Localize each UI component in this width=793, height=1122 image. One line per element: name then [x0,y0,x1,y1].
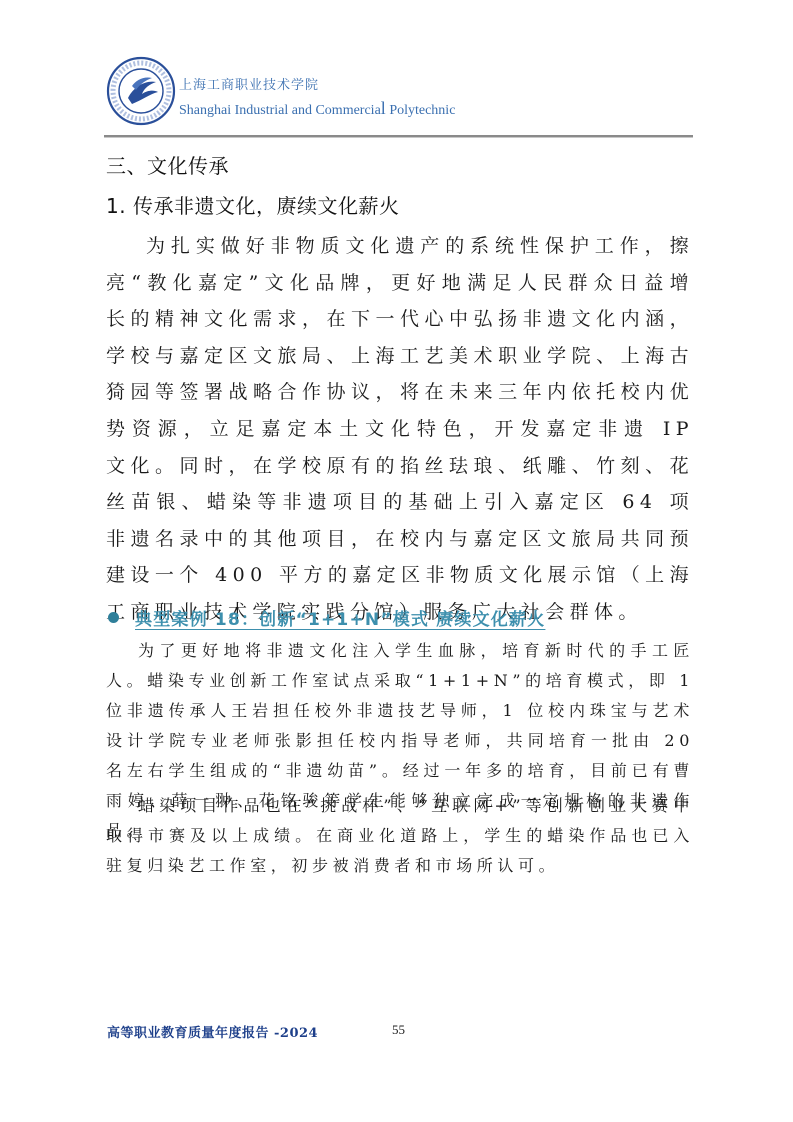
footer-report-title: 高等职业教育质量年度报告 -2024 [107,1022,318,1041]
case-study-heading: 典型案例 18：创新“1+1+N”模式 赓续文化薪火 [108,605,545,630]
school-seal-logo-icon [106,56,176,126]
page-header: 上海工商职业技术学院 Shanghai Industrial and Comme… [104,56,694,136]
page-number: 55 [392,1022,405,1038]
section-title: 三、文化传承 [106,150,229,179]
school-name-english-part1: Shanghai Industrial and Commercia [179,103,381,118]
header-divider [104,135,693,138]
school-name-english-part2: Polytechnic [386,103,456,118]
school-name-english: Shanghai Industrial and Commercial Polyt… [179,98,455,119]
subsection-title: 1. 传承非遗文化，赓续文化薪火 [106,190,399,219]
bullet-dot-icon [108,612,119,623]
case-study-title: 典型案例 18：创新“1+1+N”模式 赓续文化薪火 [135,605,545,630]
case-study-paragraph-2: 蜡染项目作品也在“挑战杯”、“互联网+”等创新创业大赛中取得市赛及以上成绩。在商… [106,791,694,881]
school-name-chinese: 上海工商职业技术学院 [179,74,319,93]
body-paragraph: 为扎实做好非物质文化遗产的系统性保护工作，擦亮“教化嘉定”文化品牌，更好地满足人… [106,228,694,631]
